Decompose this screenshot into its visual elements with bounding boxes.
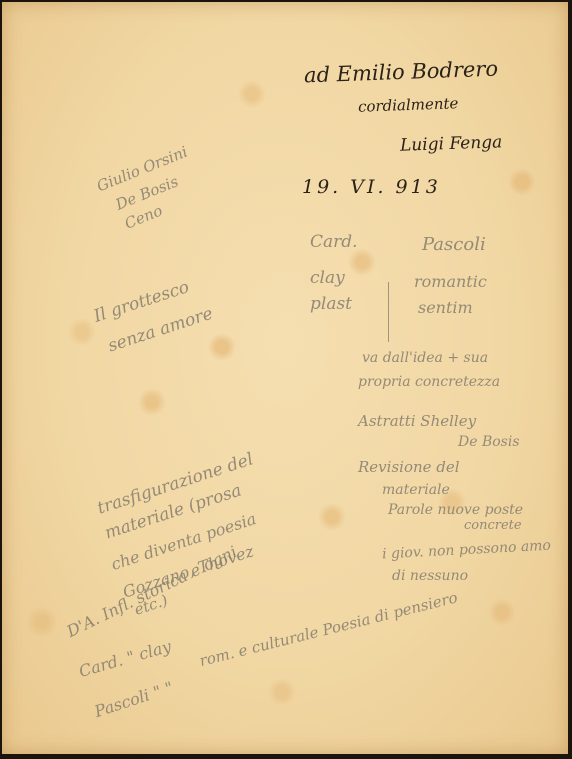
dedication-line-1: ad Emilio Bodrero [304,57,499,88]
note-materiale: materiale [382,482,450,498]
column-divider [388,282,389,342]
column-right-header: Pascoli [422,234,486,255]
column-left-item-2: plast [310,294,352,314]
note-astratti-shelley: Astratti Shelley [358,412,476,430]
note-below-columns-2: propria concretezza [358,374,500,390]
note-card-clay: Card. " clay [77,637,174,681]
dedication-line-2: cordialmente [358,94,459,115]
note-giovani: i giov. non possono amo [382,538,552,563]
column-right-item-2: sentim [418,298,473,317]
note-giovani-text: i giov. non possono amo [382,538,552,563]
note-di-nessuno: di nessuno [392,568,468,584]
note-rom-culturale: rom. e culturale Poesia di pensiero [198,588,460,670]
note-revisione: Revisione del [358,458,460,476]
note-parole-nuove: Parole nuove poste [388,502,523,518]
dedication-date: 19. VI. 913 [302,176,441,198]
column-left-header: Card. [310,232,358,252]
note-pascoli: Pascoli " " [92,678,175,721]
note-concrete: concrete [464,518,522,533]
note-below-columns-1: va dall'idea + sua [362,350,488,366]
signature: Luigi Fenga [400,132,503,156]
column-left-item-1: clay [310,268,345,288]
manuscript-page: ad Emilio Bodrero cordialmente Luigi Fen… [2,2,568,754]
column-right-item-1: romantic [414,272,487,291]
note-de-bosis: De Bosis [458,434,520,450]
